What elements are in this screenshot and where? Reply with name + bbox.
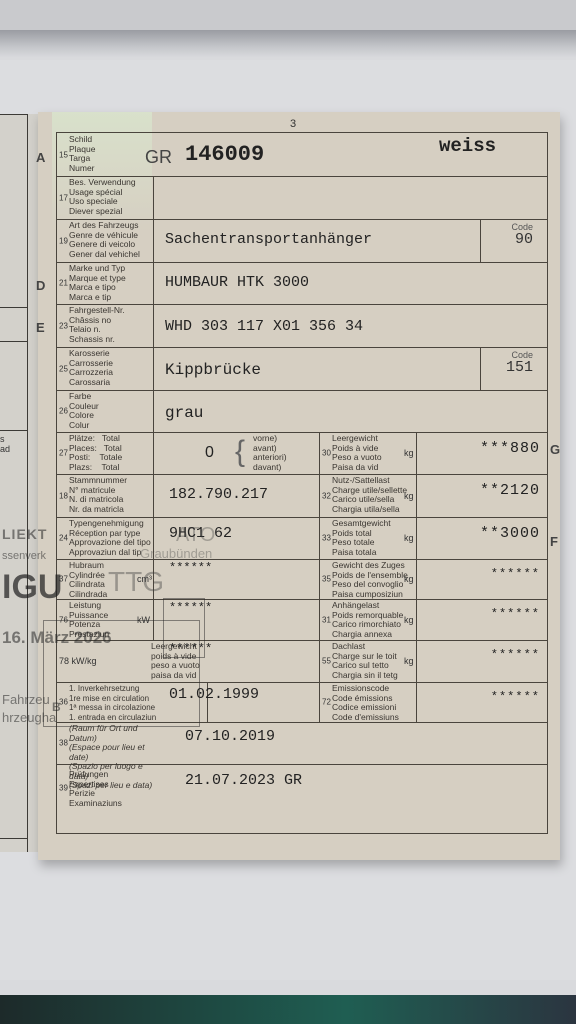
section-letter-d: D	[36, 278, 45, 293]
field-train-weight: 35 Gewicht des ZugesPoids de l'ensembleP…	[320, 559, 548, 600]
plate-number: 146009	[185, 142, 264, 167]
body-value: Kippbrücke	[165, 361, 261, 379]
field-roof-load: 55 DachlastCharge sur le toitCarico sul …	[320, 640, 548, 683]
make-model-value: HUMBAUR HTK 3000	[165, 274, 309, 291]
power-weight-value: ******	[169, 642, 212, 656]
field-place-date: 38 (Raum für Ort und Datum)(Espace pour …	[57, 722, 547, 765]
emission-code-value: ******	[491, 690, 540, 704]
field-power: 76 LeistungPuissancePotenzaPrestaziun kW…	[57, 599, 319, 641]
payload-value: **2120	[480, 482, 540, 499]
section-letter-g: G	[550, 442, 560, 457]
power-value: ******	[169, 601, 212, 615]
field-body: 25 KarosserieCarrosserieCarrozzeriaCaros…	[57, 347, 547, 391]
inspections-value: 21.07.2023 GR	[185, 772, 302, 789]
field-color: 26 FarbeCouleurColoreColur grau	[57, 390, 547, 433]
color-value: grau	[165, 404, 203, 422]
field-payload: 32 Nutz-/SattellastCharge utile/sellette…	[320, 474, 548, 518]
plate-canton: GR	[145, 147, 172, 168]
registration-form: 15 SchildPlaqueTargaNumer GR 146009 weis…	[56, 132, 548, 834]
left-fragment-text: sad	[0, 434, 10, 454]
empty-weight-value: ***880	[480, 440, 540, 457]
vehicle-type-value: Sachentransportanhänger	[165, 231, 372, 248]
total-weight-value: **3000	[480, 525, 540, 542]
background-bottom-edge	[0, 995, 576, 1024]
background-shelf	[0, 30, 576, 58]
field-vehicle-type: 19 Art des FahrzeugsGenre de véhiculeGen…	[57, 219, 547, 263]
displacement-value: ******	[169, 561, 212, 575]
section-letter-f: F	[550, 534, 558, 549]
field-type-approval: 24 TypengenehmigungRéception par typeApp…	[57, 517, 319, 560]
weights-column: 30 LeergewichtPoids à videPeso a vuotoPa…	[319, 432, 548, 722]
field-emission-code: 72 EmissionscodeCode émissionsCodice emi…	[320, 682, 548, 722]
chassis-value: WHD 303 117 X01 356 34	[165, 318, 363, 335]
field-inspections: 39 PrüfungenExpertisesPerizieExaminaziun…	[57, 764, 547, 832]
field-special-use: 17 Bes. VerwendungUsage spécialUso speci…	[57, 176, 547, 220]
field-make-model: 21 Marke und TypMarque et typeMarca e ti…	[57, 262, 547, 305]
vehicle-type-code: 90	[515, 231, 533, 248]
field-empty-weight: 30 LeergewichtPoids à videPeso a vuotoPa…	[320, 432, 548, 475]
field-trailer-load: 31 AnhängelastPoids remorquableCarico ri…	[320, 599, 548, 641]
type-approval-value: 9HC1 62	[169, 525, 232, 542]
first-registration-value: 01.02.1999	[169, 686, 259, 703]
field-total-weight: 33 GesamtgewichtPoids totalPeso totalePa…	[320, 517, 548, 560]
page-number: 3	[290, 118, 296, 130]
matricule-value: 182.790.217	[169, 486, 268, 503]
field-seats: 27 Plätze: TotalPlaces: TotalPosti: Tota…	[57, 432, 319, 475]
background-top	[0, 0, 576, 30]
seats-value: 0	[205, 444, 214, 462]
field-power-weight: 78 kW/kg Leergewichtpoids à videpeso a v…	[57, 640, 319, 683]
section-letter-a: A	[36, 150, 45, 165]
section-letter-e: E	[36, 320, 45, 335]
vehicle-registration-document: 3 A D E G F 15 SchildPlaqueTargaNumer GR…	[38, 112, 560, 860]
field-matricule: 18 StammnummerN° matriculeN. di matricol…	[57, 474, 319, 518]
field-plate: 15 SchildPlaqueTargaNumer GR 146009 weis…	[57, 133, 547, 177]
field-displacement: 37 HubraumCylindréeCilindrataCilindrada …	[57, 559, 319, 600]
train-weight-value: ******	[491, 567, 540, 581]
body-code: 151	[506, 359, 533, 376]
roof-load-value: ******	[491, 648, 540, 662]
trailer-load-value: ******	[491, 607, 540, 621]
place-date-value: 07.10.2019	[185, 728, 275, 745]
plate-color-note: weiss	[439, 135, 496, 157]
field-chassis: 23 Fahrgestell-Nr.Châssis noTelaio n.Sch…	[57, 304, 547, 348]
